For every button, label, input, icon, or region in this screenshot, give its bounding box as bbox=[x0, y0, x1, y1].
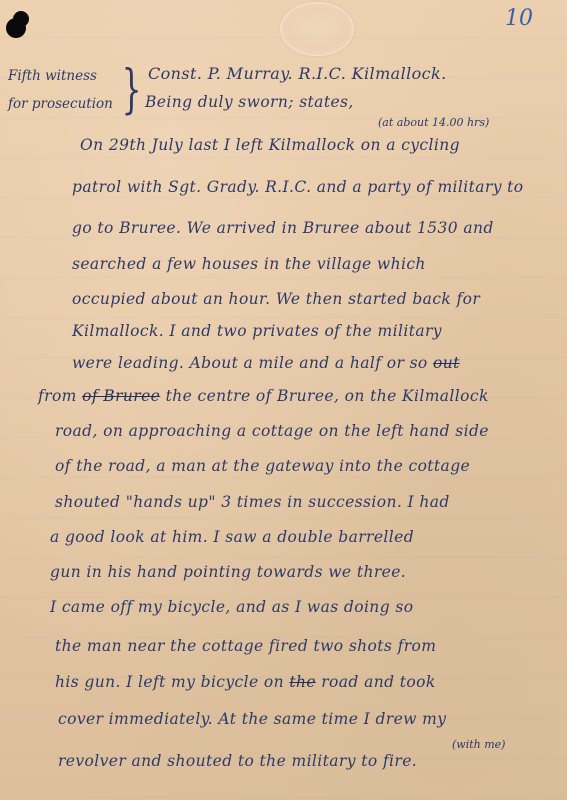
body-line: road, on approaching a cottage on the le… bbox=[55, 422, 489, 440]
line-continuation: on a cycling bbox=[361, 136, 460, 154]
body-line: On 29th July last I left Kilmallock on a… bbox=[80, 136, 460, 154]
body-line: of the road, a man at the gateway into t… bbox=[55, 457, 470, 475]
document-page: 10 Fifth witness for prosecution } Const… bbox=[0, 0, 567, 800]
punch-hole bbox=[6, 18, 26, 38]
body-line: were leading. About a mile and a half or… bbox=[72, 354, 460, 372]
insertion-note: (at about 14.00 hrs) bbox=[378, 116, 489, 129]
body-line: occupied about an hour. We then started … bbox=[72, 290, 480, 308]
body-line: from of Bruree the centre of Bruree, on … bbox=[38, 387, 489, 405]
margin-note-line: Fifth witness bbox=[8, 62, 118, 90]
sworn-statement: Being duly sworn; states, bbox=[145, 93, 354, 111]
embossed-seal bbox=[280, 2, 354, 56]
body-line: his gun. I left my bicycle on the road a… bbox=[55, 673, 436, 691]
body-line: shouted "hands up" 3 times in succession… bbox=[55, 493, 450, 511]
body-line: revolver and shouted to the military to … bbox=[58, 752, 417, 770]
brace-symbol: } bbox=[122, 60, 142, 120]
struck-text: out bbox=[433, 354, 460, 372]
margin-note: Fifth witness for prosecution bbox=[8, 62, 118, 118]
insertion-note: (with me) bbox=[452, 738, 505, 751]
body-line: cover immediately. At the same time I dr… bbox=[58, 710, 446, 728]
struck-text: of Bruree bbox=[82, 387, 160, 405]
body-line: go to Bruree. We arrived in Bruree about… bbox=[72, 219, 494, 237]
struck-text: the bbox=[289, 673, 316, 691]
page-number: 10 bbox=[505, 6, 533, 31]
body-line: searched a few houses in the village whi… bbox=[72, 255, 426, 273]
body-line: the man near the cottage fired two shots… bbox=[55, 637, 436, 655]
body-line: I came off my bicycle, and as I was doin… bbox=[50, 598, 413, 616]
witness-heading: Const. P. Murray. R.I.C. Kilmallock. bbox=[148, 64, 447, 83]
body-line: gun in his hand pointing towards we thre… bbox=[50, 563, 406, 581]
body-line: patrol with Sgt. Grady. R.I.C. and a par… bbox=[72, 178, 524, 196]
body-line: a good look at him. I saw a double barre… bbox=[50, 528, 414, 546]
margin-note-line: for prosecution bbox=[8, 90, 118, 118]
body-line: Kilmallock. I and two privates of the mi… bbox=[72, 322, 442, 340]
